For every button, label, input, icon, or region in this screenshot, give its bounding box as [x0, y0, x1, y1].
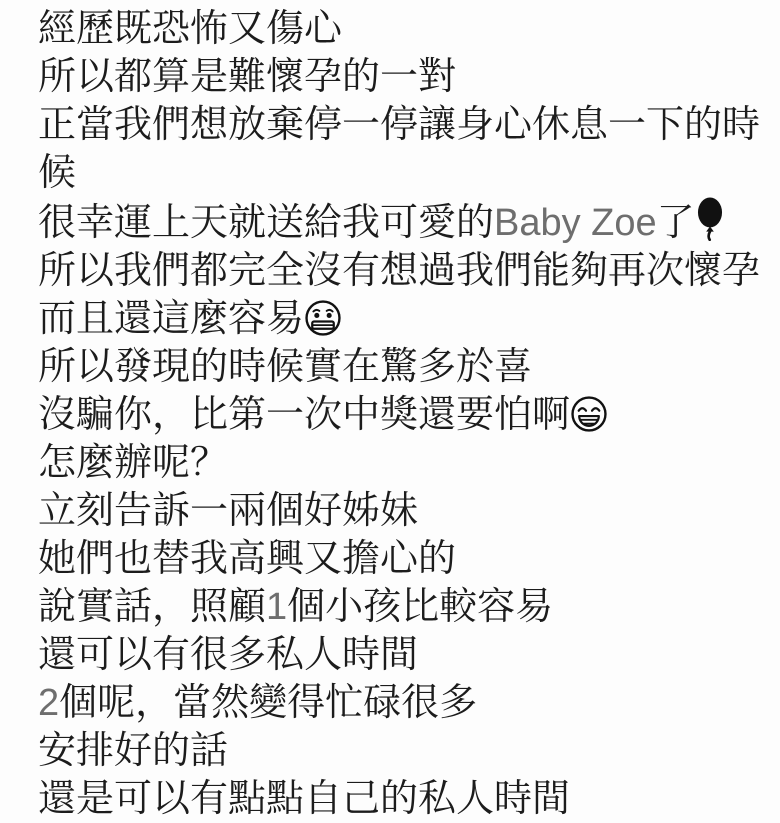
text-line: 2個呢，當然變得忙碌很多 — [38, 679, 772, 727]
cjk-text-run: 個小孩比較容易 — [287, 586, 553, 628]
post-text: 經歷既恐怖又傷心所以都算是難懷孕的一對正當我們想放棄停一停讓身心休息一下的時候很… — [0, 0, 780, 823]
text-line: 立刻告訴一兩個好姊妹 — [38, 487, 772, 535]
latin-text-run: 2 — [38, 682, 59, 724]
text-line: 沒騙你，比第一次中獎還要怕啊 — [38, 391, 772, 439]
text-line: 所以我們都完全沒有想過我們能夠再次懷孕 — [38, 247, 772, 295]
text-line: 所以都算是難懷孕的一對 — [38, 53, 772, 101]
cjk-text-run: 還可以有很多私人時間 — [38, 634, 418, 676]
text-line: 所以發現的時候實在驚多於喜 — [38, 343, 772, 391]
text-line: 還是可以有點點自己的私人時間 — [38, 775, 772, 823]
text-line: 很幸運上天就送給我可愛的Baby Zoe了 — [38, 197, 772, 247]
laughing-face-emoji — [570, 395, 608, 433]
latin-text-run: Baby Zoe — [494, 202, 657, 244]
cjk-text-run: 很幸運上天就送給我可愛的 — [38, 202, 494, 244]
cjk-text-run: 所以發現的時候實在驚多於喜 — [38, 346, 532, 388]
cjk-text-run: 所以我們都完全沒有想過我們能夠再次懷孕 — [38, 250, 760, 292]
cjk-text-run: 她們也替我高興又擔心的 — [38, 538, 456, 580]
cjk-text-run: 怎麼辦呢？ — [38, 442, 228, 484]
cjk-text-run: 安排好的話 — [38, 730, 228, 772]
text-line: 說實話，照顧1個小孩比較容易 — [38, 583, 772, 631]
cjk-text-run: 正當我們想放棄停一停讓身心休息一下的時候 — [38, 104, 760, 194]
text-line: 經歷既恐怖又傷心 — [38, 5, 772, 53]
cjk-text-run: 還是可以有點點自己的私人時間 — [38, 778, 570, 820]
text-line: 安排好的話 — [38, 727, 772, 775]
cjk-text-run: 立刻告訴一兩個好姊妹 — [38, 490, 418, 532]
text-line: 怎麼辦呢？ — [38, 439, 772, 487]
text-line: 而且還這麼容易 — [38, 295, 772, 343]
text-line: 她們也替我高興又擔心的 — [38, 535, 772, 583]
cjk-text-run: 而且還這麼容易 — [38, 298, 304, 340]
text-line: 正當我們想放棄停一停讓身心休息一下的時候 — [38, 101, 772, 197]
cjk-text-run: 了 — [657, 202, 695, 244]
text-line: 還可以有很多私人時間 — [38, 631, 772, 679]
cjk-text-run: 所以都算是難懷孕的一對 — [38, 56, 456, 98]
cjk-text-run: 說實話，照顧 — [38, 586, 266, 628]
balloon-emoji — [695, 197, 725, 241]
latin-text-run: 1 — [266, 586, 287, 628]
cjk-text-run: 經歷既恐怖又傷心 — [38, 8, 342, 50]
grimacing-face-emoji — [304, 299, 342, 337]
cjk-text-run: 沒騙你，比第一次中獎還要怕啊 — [38, 394, 570, 436]
cjk-text-run: 個呢，當然變得忙碌很多 — [59, 682, 477, 724]
